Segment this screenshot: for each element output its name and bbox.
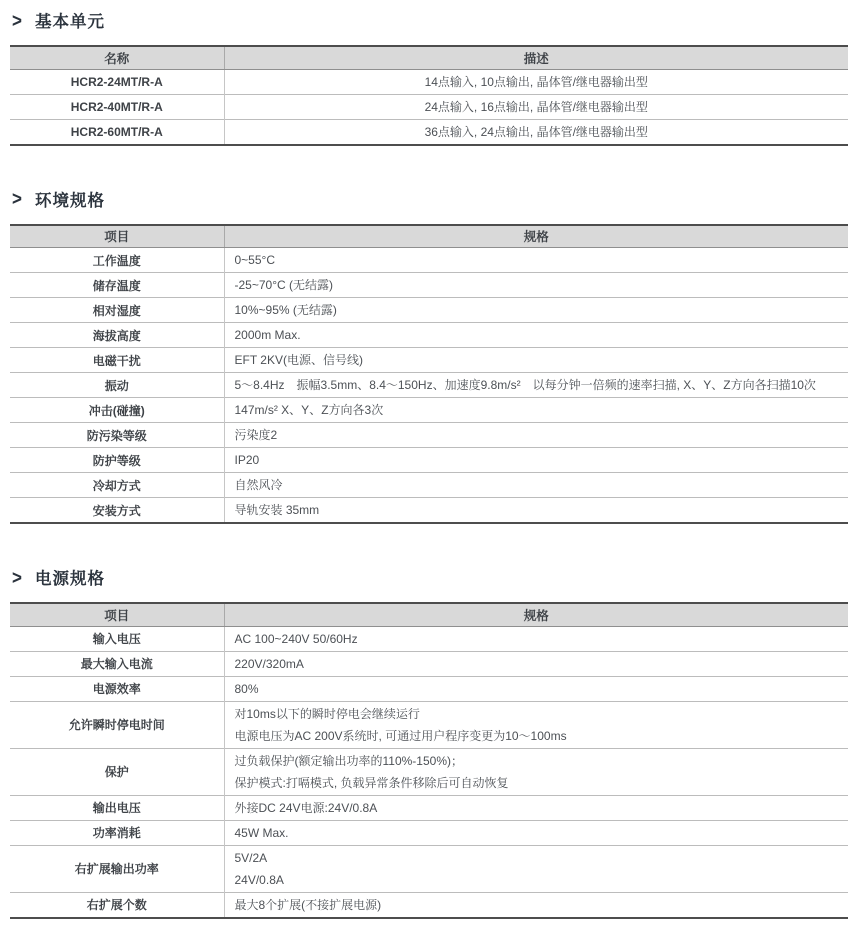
value-line: 自然风冷: [235, 474, 849, 496]
item-cell: 冲击(碰撞): [10, 398, 224, 423]
value-line: 45W Max.: [235, 822, 849, 844]
power-specs-table: 项目 规格 输入电压AC 100~240V 50/60Hz最大输入电流220V/…: [10, 602, 848, 919]
column-header-item: 项目: [10, 603, 224, 626]
table-row: HCR2-60MT/R-A36点输入, 24点输出, 晶体管/继电器输出型: [10, 119, 848, 145]
basic-unit-table: 名称 描述 HCR2-24MT/R-A14点输入, 10点输出, 晶体管/继电器…: [10, 45, 848, 146]
value-line: AC 100~240V 50/60Hz: [235, 628, 849, 650]
value-line: 导轨安装 35mm: [235, 499, 849, 521]
item-cell: 振动: [10, 373, 224, 398]
table-row: 保护过负载保护(额定输出功率的110%-150%)；保护模式:打嗝模式, 负载异…: [10, 748, 848, 795]
value-line: 24点输入, 16点输出, 晶体管/继电器输出型: [225, 96, 849, 118]
value-line: 对10ms以下的瞬时停电会继续运行: [235, 703, 849, 725]
value-cell: 导轨安装 35mm: [224, 498, 848, 524]
table-row: 电磁干扰EFT 2KV(电源、信号线): [10, 348, 848, 373]
table-header-row: 项目 规格: [10, 225, 848, 248]
value-cell: EFT 2KV(电源、信号线): [224, 348, 848, 373]
section-title-environment-specs: > 环境规格: [12, 187, 848, 211]
item-cell: 最大输入电流: [10, 651, 224, 676]
value-cell: 5V/2A24V/0.8A: [224, 845, 848, 892]
item-cell: 允许瞬时停电时间: [10, 701, 224, 748]
item-cell: 电磁干扰: [10, 348, 224, 373]
section-heading: 环境规格: [35, 187, 105, 211]
item-cell: HCR2-60MT/R-A: [10, 119, 224, 145]
value-cell: 外接DC 24V电源:24V/0.8A: [224, 795, 848, 820]
value-cell: IP20: [224, 448, 848, 473]
column-header-spec: 规格: [224, 225, 848, 248]
table-row: 工作温度0~55°C: [10, 248, 848, 273]
item-cell: 保护: [10, 748, 224, 795]
item-cell: 防污染等级: [10, 423, 224, 448]
section-power-specs: > 电源规格 项目 规格 输入电压AC 100~240V 50/60Hz最大输入…: [10, 565, 848, 919]
value-line: -25~70°C (无结露): [235, 274, 849, 296]
table-row: 安装方式导轨安装 35mm: [10, 498, 848, 524]
column-header-description: 描述: [224, 46, 848, 69]
value-cell: 5～8.4Hz 振幅3.5mm、8.4～150Hz、加速度9.8m/s² 以每分…: [224, 373, 848, 398]
value-line: 污染度2: [235, 424, 849, 446]
table-row: HCR2-40MT/R-A24点输入, 16点输出, 晶体管/继电器输出型: [10, 94, 848, 119]
section-basic-unit: > 基本单元 名称 描述 HCR2-24MT/R-A14点输入, 10点输出, …: [10, 8, 848, 146]
table-row: 冲击(碰撞)147m/s² X、Y、Z方向各3次: [10, 398, 848, 423]
value-line: 14点输入, 10点输出, 晶体管/继电器输出型: [225, 71, 849, 93]
item-cell: 工作温度: [10, 248, 224, 273]
value-line: 外接DC 24V电源:24V/0.8A: [235, 797, 849, 819]
value-cell: 2000m Max.: [224, 323, 848, 348]
item-cell: 储存温度: [10, 273, 224, 298]
table-header-row: 项目 规格: [10, 603, 848, 626]
value-line: 10%~95% (无结露): [235, 299, 849, 321]
value-cell: 对10ms以下的瞬时停电会继续运行电源电压为AC 200V系统时, 可通过用户程…: [224, 701, 848, 748]
table-row: 输入电压AC 100~240V 50/60Hz: [10, 626, 848, 651]
table-row: 冷却方式自然风冷: [10, 473, 848, 498]
chevron-right-icon: >: [12, 567, 22, 587]
environment-specs-table: 项目 规格 工作温度0~55°C储存温度-25~70°C (无结露)相对湿度10…: [10, 224, 848, 525]
value-line: 过负载保护(额定输出功率的110%-150%)；: [235, 750, 849, 772]
value-cell: 24点输入, 16点输出, 晶体管/继电器输出型: [224, 94, 848, 119]
item-cell: 输入电压: [10, 626, 224, 651]
value-line: 保护模式:打嗝模式, 负载异常条件移除后可自动恢复: [235, 772, 849, 794]
item-cell: HCR2-24MT/R-A: [10, 69, 224, 94]
table-row: 最大输入电流220V/320mA: [10, 651, 848, 676]
value-cell: AC 100~240V 50/60Hz: [224, 626, 848, 651]
value-cell: 147m/s² X、Y、Z方向各3次: [224, 398, 848, 423]
table-row: 相对湿度10%~95% (无结露): [10, 298, 848, 323]
table-row: 右扩展个数最大8个扩展(不接扩展电源): [10, 892, 848, 918]
value-cell: -25~70°C (无结露): [224, 273, 848, 298]
item-cell: 输出电压: [10, 795, 224, 820]
table-row: 海拔高度2000m Max.: [10, 323, 848, 348]
column-header-name: 名称: [10, 46, 224, 69]
value-line: 2000m Max.: [235, 324, 849, 346]
item-cell: HCR2-40MT/R-A: [10, 94, 224, 119]
value-cell: 过负载保护(额定输出功率的110%-150%)；保护模式:打嗝模式, 负载异常条…: [224, 748, 848, 795]
item-cell: 冷却方式: [10, 473, 224, 498]
table-row: 允许瞬时停电时间对10ms以下的瞬时停电会继续运行电源电压为AC 200V系统时…: [10, 701, 848, 748]
value-line: 147m/s² X、Y、Z方向各3次: [235, 399, 849, 421]
table-row: 右扩展输出功率5V/2A24V/0.8A: [10, 845, 848, 892]
table-row: HCR2-24MT/R-A14点输入, 10点输出, 晶体管/继电器输出型: [10, 69, 848, 94]
section-title-power-specs: > 电源规格: [12, 565, 848, 589]
value-line: 36点输入, 24点输出, 晶体管/继电器输出型: [225, 121, 849, 143]
value-line: 220V/320mA: [235, 653, 849, 675]
value-line: 0~55°C: [235, 249, 849, 271]
table-row: 防护等级IP20: [10, 448, 848, 473]
value-cell: 80%: [224, 676, 848, 701]
chevron-right-icon: >: [12, 10, 22, 30]
value-line: IP20: [235, 449, 849, 471]
table-row: 储存温度-25~70°C (无结露): [10, 273, 848, 298]
value-cell: 最大8个扩展(不接扩展电源): [224, 892, 848, 918]
item-cell: 电源效率: [10, 676, 224, 701]
item-cell: 海拔高度: [10, 323, 224, 348]
item-cell: 右扩展个数: [10, 892, 224, 918]
item-cell: 功率消耗: [10, 820, 224, 845]
section-heading: 基本单元: [35, 8, 105, 32]
table-row: 电源效率80%: [10, 676, 848, 701]
table-header-row: 名称 描述: [10, 46, 848, 69]
item-cell: 右扩展输出功率: [10, 845, 224, 892]
table-row: 输出电压外接DC 24V电源:24V/0.8A: [10, 795, 848, 820]
value-cell: 自然风冷: [224, 473, 848, 498]
item-cell: 安装方式: [10, 498, 224, 524]
value-line: 80%: [235, 678, 849, 700]
value-cell: 220V/320mA: [224, 651, 848, 676]
value-line: 5V/2A: [235, 847, 849, 869]
value-cell: 污染度2: [224, 423, 848, 448]
value-line: EFT 2KV(电源、信号线): [235, 349, 849, 371]
item-cell: 防护等级: [10, 448, 224, 473]
column-header-spec: 规格: [224, 603, 848, 626]
value-cell: 10%~95% (无结露): [224, 298, 848, 323]
item-cell: 相对湿度: [10, 298, 224, 323]
value-line: 最大8个扩展(不接扩展电源): [235, 894, 849, 916]
section-heading: 电源规格: [35, 565, 105, 589]
section-environment-specs: > 环境规格 项目 规格 工作温度0~55°C储存温度-25~70°C (无结露…: [10, 187, 848, 525]
chevron-right-icon: >: [12, 189, 22, 209]
value-cell: 14点输入, 10点输出, 晶体管/继电器输出型: [224, 69, 848, 94]
table-row: 功率消耗45W Max.: [10, 820, 848, 845]
value-cell: 36点输入, 24点输出, 晶体管/继电器输出型: [224, 119, 848, 145]
value-line: 电源电压为AC 200V系统时, 可通过用户程序变更为10～100ms: [235, 725, 849, 747]
table-row: 防污染等级污染度2: [10, 423, 848, 448]
value-cell: 0~55°C: [224, 248, 848, 273]
section-title-basic-unit: > 基本单元: [12, 8, 848, 32]
value-cell: 45W Max.: [224, 820, 848, 845]
column-header-item: 项目: [10, 225, 224, 248]
value-line: 5～8.4Hz 振幅3.5mm、8.4～150Hz、加速度9.8m/s² 以每分…: [235, 374, 849, 396]
value-line: 24V/0.8A: [235, 869, 849, 891]
table-row: 振动5～8.4Hz 振幅3.5mm、8.4～150Hz、加速度9.8m/s² 以…: [10, 373, 848, 398]
